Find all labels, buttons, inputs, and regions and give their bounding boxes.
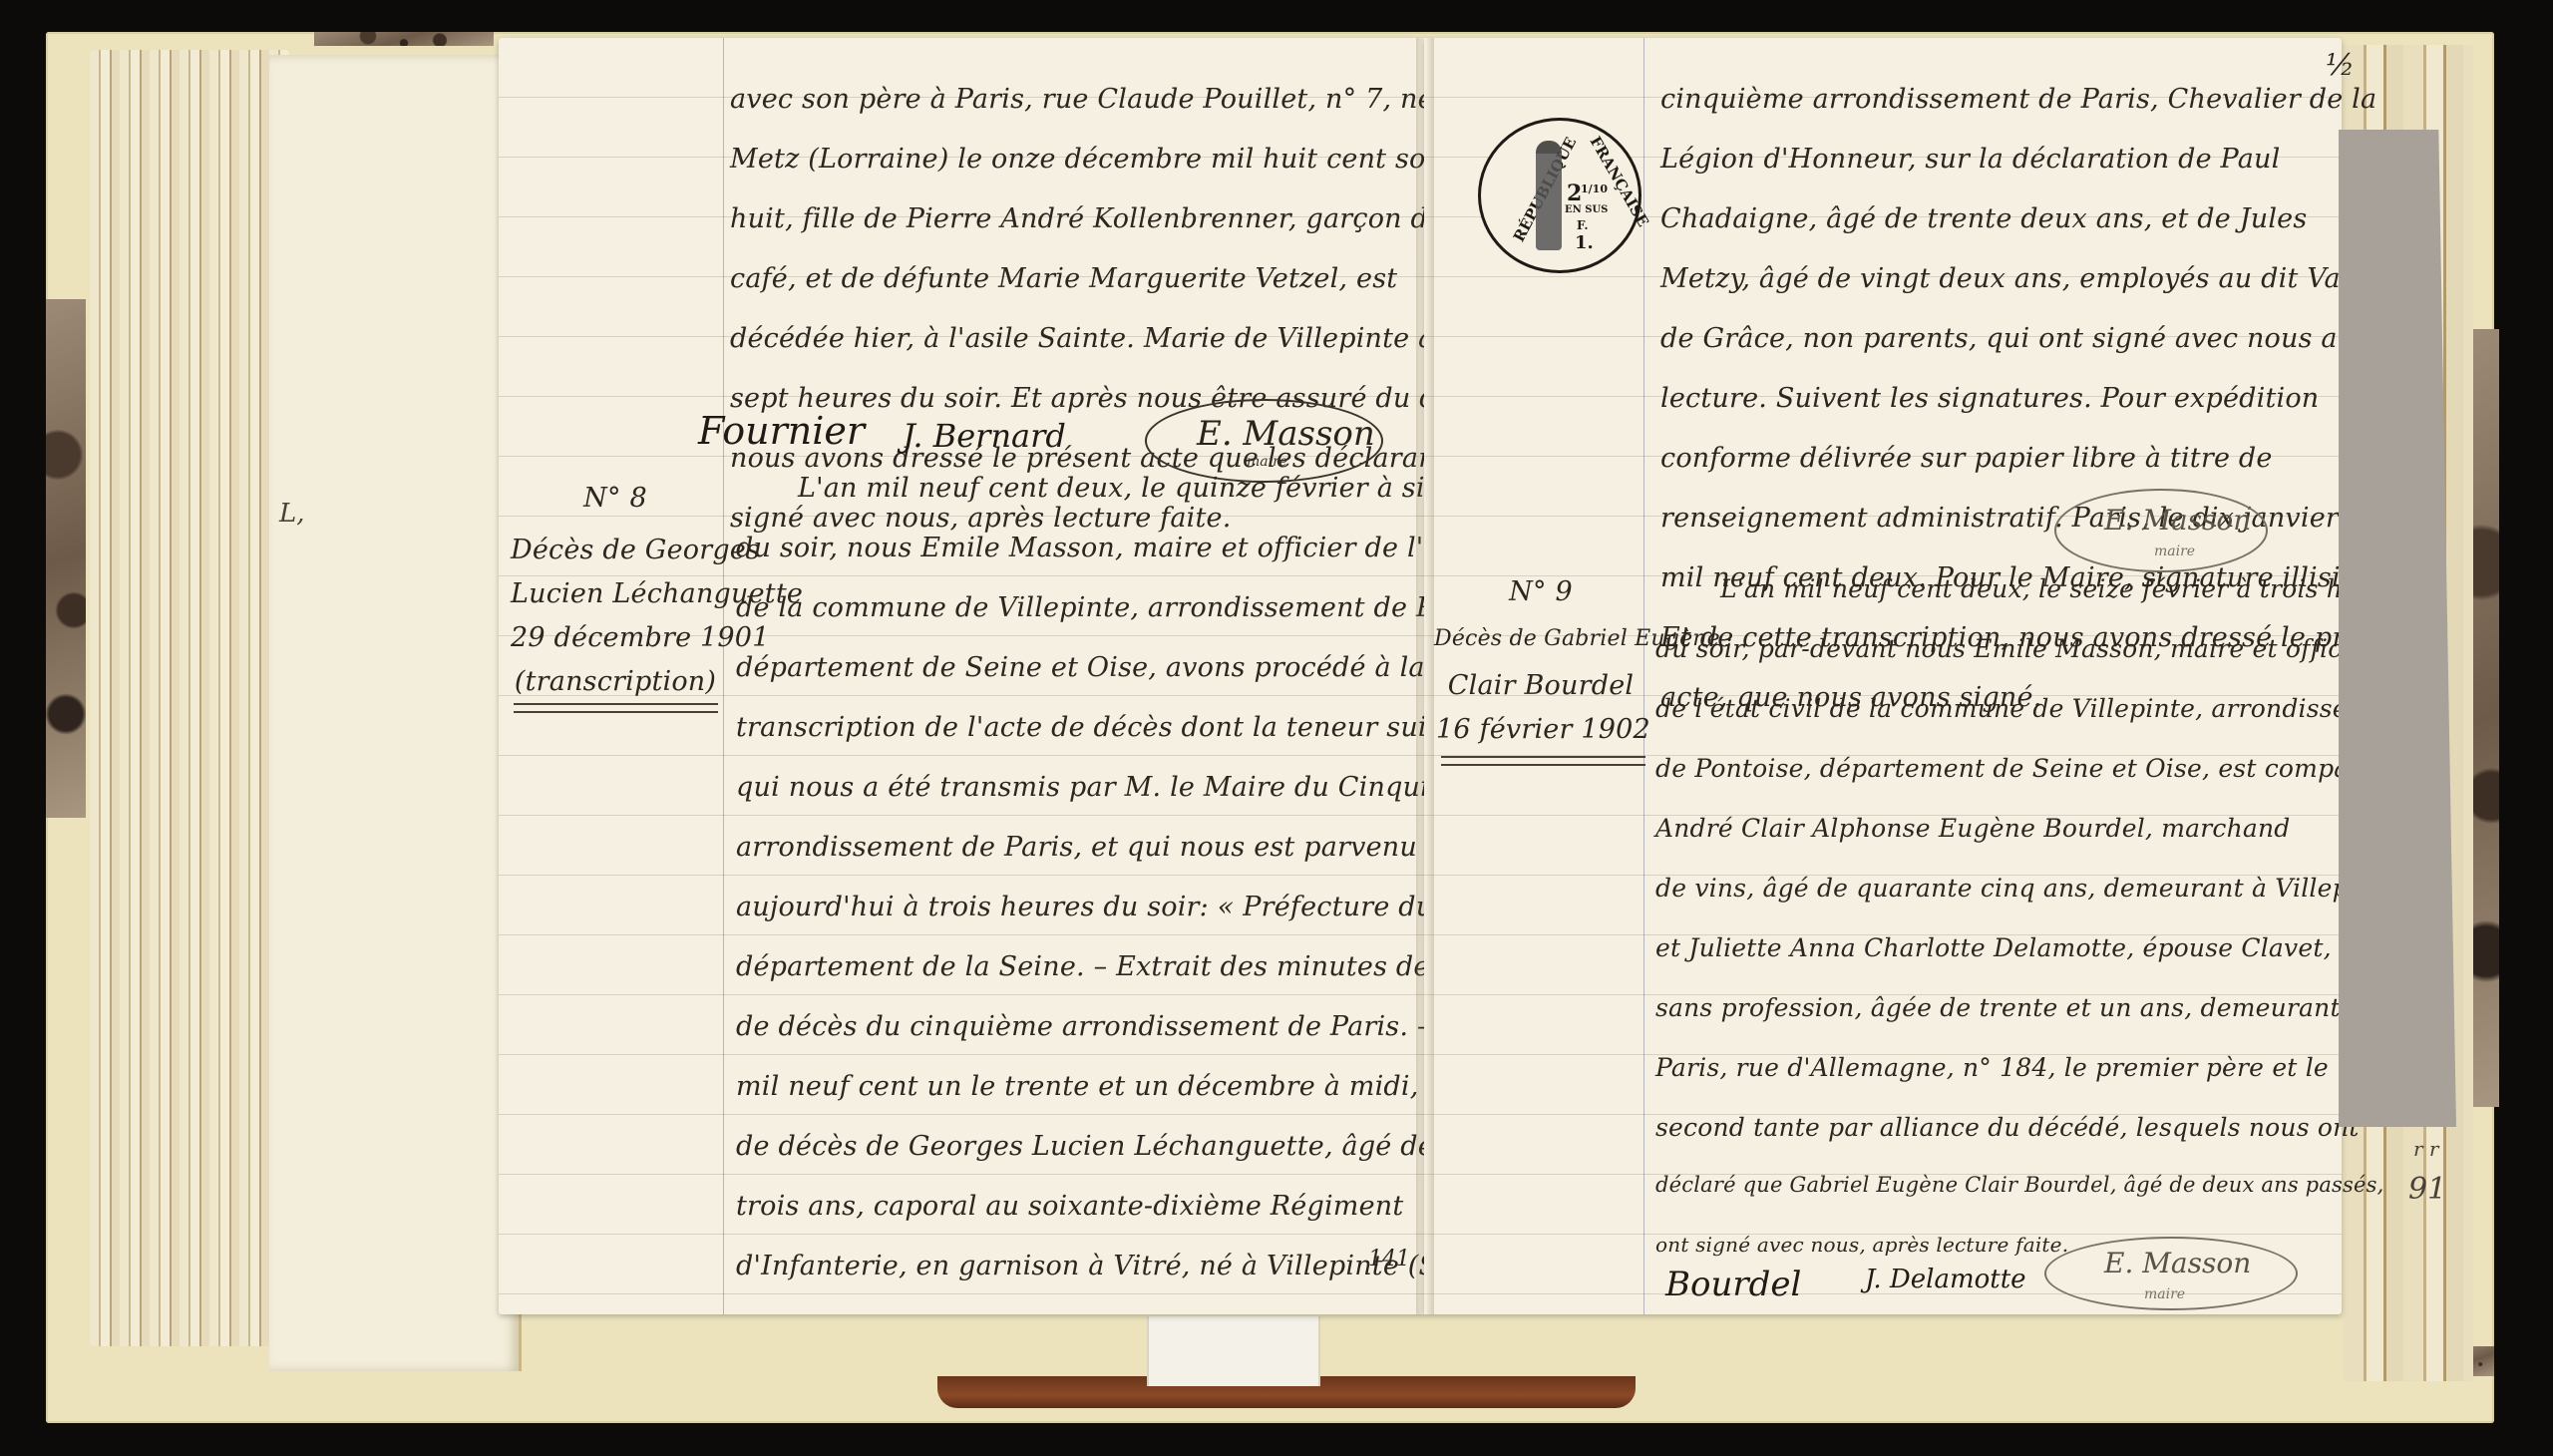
signature-delamotte: J. Delamotte xyxy=(1865,1265,2026,1294)
text-line: département de la Seine. – Extrait des m… xyxy=(736,953,1525,980)
stamp-letter: F. xyxy=(1577,218,1589,232)
book-gutter xyxy=(1416,38,1434,1314)
entry-divider xyxy=(1441,756,1645,766)
text-line: de vins, âgé de quarante cinq ans, demeu… xyxy=(1655,876,2398,901)
text-line: mil neuf cent un le trente et un décembr… xyxy=(736,1073,1486,1100)
margin-title-line: 16 février 1902 xyxy=(1436,714,1645,745)
signature-masson: E. Masson xyxy=(2104,504,2251,537)
margin-title-line: Clair Bourdel xyxy=(1436,670,1645,701)
signature-bourdel: Bourdel xyxy=(1665,1265,1801,1304)
stamp-fraction: 1/10 xyxy=(1581,182,1608,195)
text-line: lecture. Suivent les signatures. Pour ex… xyxy=(1660,385,2319,412)
marbled-corner-right xyxy=(2473,329,2499,1107)
text-line: déclaré que Gabriel Eugène Clair Bourdel… xyxy=(1655,1175,2383,1196)
text-line: transcription de l'acte de décès dont la… xyxy=(736,714,1447,741)
margin-title-line: (transcription) xyxy=(511,666,720,697)
signature-bernard: J. Bernard xyxy=(903,417,1066,455)
folio-number: 141 xyxy=(1368,1247,1410,1272)
text-line: second tante par alliance du décédé, les… xyxy=(1655,1115,2360,1140)
margin-rule-left xyxy=(723,38,724,1314)
text-line: avec son père à Paris, rue Claude Pouill… xyxy=(730,86,1475,113)
text-line: Metzy, âgé de vingt deux ans, employés a… xyxy=(1660,265,2350,292)
text-line: du soir, par-devant nous Emile Masson, m… xyxy=(1655,636,2377,661)
margin-title-line: 29 décembre 1901 xyxy=(511,622,720,653)
text-line: département de Seine et Oise, avons proc… xyxy=(736,654,1425,681)
tax-stamp: RÉPUBLIQUE FRANÇAISE 2 1/10 EN SUS F. 1. xyxy=(1478,118,1641,273)
signature-fournier: Fournier xyxy=(698,409,865,453)
text-line: décédée hier, à l'asile Sainte. Marie de… xyxy=(730,325,1434,352)
text-line: café, et de défunte Marie Marguerite Vet… xyxy=(730,265,1397,292)
mayor-title: maire xyxy=(1247,454,1287,470)
entry-number: N° 9 xyxy=(1436,576,1645,607)
spine-insert xyxy=(1147,1316,1320,1386)
signature-masson: E. Masson xyxy=(1197,414,1375,454)
text-line: de Pontoise, département de Seine et Ois… xyxy=(1655,756,2377,781)
text-line: qui nous a été transmis par M. le Maire … xyxy=(736,774,1487,801)
edge-note-right-number: 91 xyxy=(2408,1172,2446,1207)
entry-divider xyxy=(514,703,718,713)
text-line: de l'état civil de la commune de Villepi… xyxy=(1655,696,2412,721)
text-line: cinquième arrondissement de Paris, Cheva… xyxy=(1660,86,2376,113)
text-line: Légion d'Honneur, sur la déclaration de … xyxy=(1660,146,2280,173)
text-line: de Grâce, non parents, qui ont signé ave… xyxy=(1660,325,2398,352)
stamp-note: EN SUS xyxy=(1565,204,1608,215)
text-line: aujourd'hui à trois heures du soir: « Pr… xyxy=(736,894,1433,920)
text-line: de décès de Georges Lucien Léchanguette,… xyxy=(736,1133,1513,1160)
grey-paper-strip xyxy=(2339,130,2456,1127)
margin-title-line: Décès de Georges xyxy=(511,535,720,565)
allegorical-figure-icon xyxy=(1536,141,1562,250)
text-line: huit, fille de Pierre André Kollenbrenne… xyxy=(730,205,1444,232)
text-line: de décès du cinquième arrondissement de … xyxy=(736,1013,1499,1040)
margin-title-line: Décès de Gabriel Eugène xyxy=(1434,626,1643,651)
underlying-blank-page xyxy=(269,55,522,1371)
text-line: sept heures du soir. Et après nous être … xyxy=(730,385,1507,412)
text-line: sans profession, âgée de trente et un an… xyxy=(1655,995,2364,1020)
entry-number: N° 8 xyxy=(511,483,720,514)
marbled-corner-left xyxy=(46,299,86,818)
signature-masson: E. Masson xyxy=(2104,1247,2251,1279)
page-stack-left xyxy=(90,50,289,1346)
text-line: trois ans, caporal au soixante-dixième R… xyxy=(736,1193,1403,1220)
stamp-amount: 1. xyxy=(1575,232,1594,253)
corner-mark: ½ xyxy=(2326,48,2355,83)
text-line: Chadaigne, âgé de trente deux ans, et de… xyxy=(1660,205,2307,232)
text-line: L'an mil neuf cent deux, le seize févrie… xyxy=(1720,576,2414,601)
text-line: André Clair Alphonse Eugène Bourdel, mar… xyxy=(1655,816,2290,841)
margin-title-line: Lucien Léchanguette xyxy=(511,578,720,609)
mayor-title: maire xyxy=(2144,1286,2185,1302)
text-line: et Juliette Anna Charlotte Delamotte, ép… xyxy=(1655,935,2332,960)
marbled-edge-top xyxy=(314,32,494,46)
text-line: Paris, rue d'Allemagne, n° 184, le premi… xyxy=(1655,1055,2329,1080)
text-line: Metz (Lorraine) le onze décembre mil hui… xyxy=(730,146,1511,173)
text-line: arrondissement de Paris, et qui nous est… xyxy=(736,834,1417,861)
mayor-title: maire xyxy=(2154,544,2195,559)
edge-note-left: L, xyxy=(279,499,305,529)
text-line: conforme délivrée sur papier libre à tit… xyxy=(1660,445,2273,472)
text-line: ont signé avec nous, après lecture faite… xyxy=(1655,1235,2068,1255)
edge-note-right-top: r r xyxy=(2413,1137,2438,1161)
text-line: signé avec nous, après lecture faite. xyxy=(730,505,1232,532)
